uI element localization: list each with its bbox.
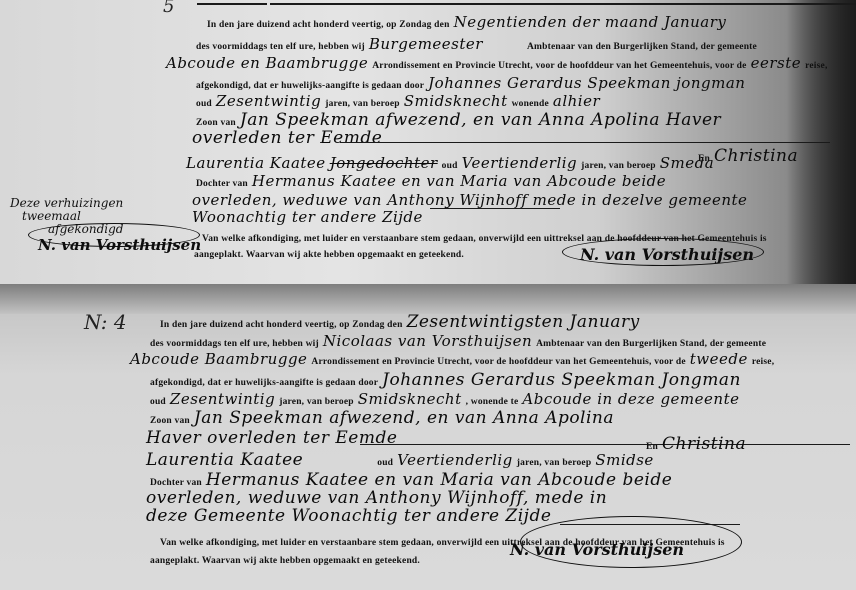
record-bottom: N: 4 In den jare duizend acht honderd ve… (0, 284, 856, 590)
page-number: 5 (163, 0, 174, 17)
header-rule (270, 3, 856, 5)
fill-rule (360, 444, 850, 445)
text-line: afgekondigd, dat er huwelijks-aangifte i… (150, 370, 741, 390)
record-number: N: 4 (84, 310, 127, 334)
text-line: des voormiddags ten elf ure, hebben wij … (150, 332, 766, 351)
text-line: Zoon van Jan Speekman afwezend, en van A… (150, 408, 614, 428)
fill-rule (430, 208, 560, 209)
text-line: des voormiddags ten elf ure, hebben wij … (196, 35, 757, 54)
text-line: Dochter van Hermanus Kaatee en van Maria… (196, 172, 666, 191)
registrar-signature: N. van Vorsthuijsen (580, 245, 754, 264)
header-rule (197, 3, 267, 5)
text-line: oud Zesentwintig jaren, van beroep Smids… (196, 92, 600, 111)
text-line: En Christina (646, 434, 746, 454)
text-line: Dochter van Hermanus Kaatee en van Maria… (150, 470, 672, 490)
text-line: oud Zesentwintig jaren, van beroep Smids… (150, 390, 739, 409)
text-line: In den jare duizend acht honderd veertig… (207, 13, 726, 32)
record-top: 5 In den jare duizend acht honderd veert… (0, 0, 856, 284)
registrar-signature: N. van Vorsthuijsen (510, 540, 684, 559)
text-line: Abcoude Baambrugge Arrondissement en Pro… (130, 350, 774, 369)
text-line: Laurentia Kaatee oud Veertienderlig jare… (146, 450, 654, 470)
text-line: overleden, weduwe van Anthony Wijnhoff, … (146, 488, 607, 508)
text-line: Haver overleden ter Eemde (146, 428, 397, 448)
text-line: aangeplakt. Waarvan wij akte hebben opge… (150, 550, 420, 568)
text-line: Abcoude en Baambrugge Arrondissement en … (166, 54, 828, 73)
text-line: aangeplakt. Waarvan wij akte hebben opge… (194, 244, 464, 262)
text-line: In den jare duizend acht honderd veertig… (160, 312, 640, 332)
text-line: overleden ter Eemde (192, 128, 382, 148)
text-line: afgekondigd, dat er huwelijks-aangifte i… (196, 74, 745, 93)
fill-rule (340, 142, 830, 143)
margin-signature: N. van Vorsthuijsen (38, 236, 201, 254)
text-line: Zoon van Jan Speekman afwezend, en van A… (196, 110, 721, 130)
text-line: Woonachtig ter andere Zijde (192, 208, 423, 227)
text-line: deze Gemeente Woonachtig ter andere Zijd… (146, 506, 551, 526)
text-line: Laurentia Kaatee Jongedochter oud Veerti… (186, 154, 714, 173)
